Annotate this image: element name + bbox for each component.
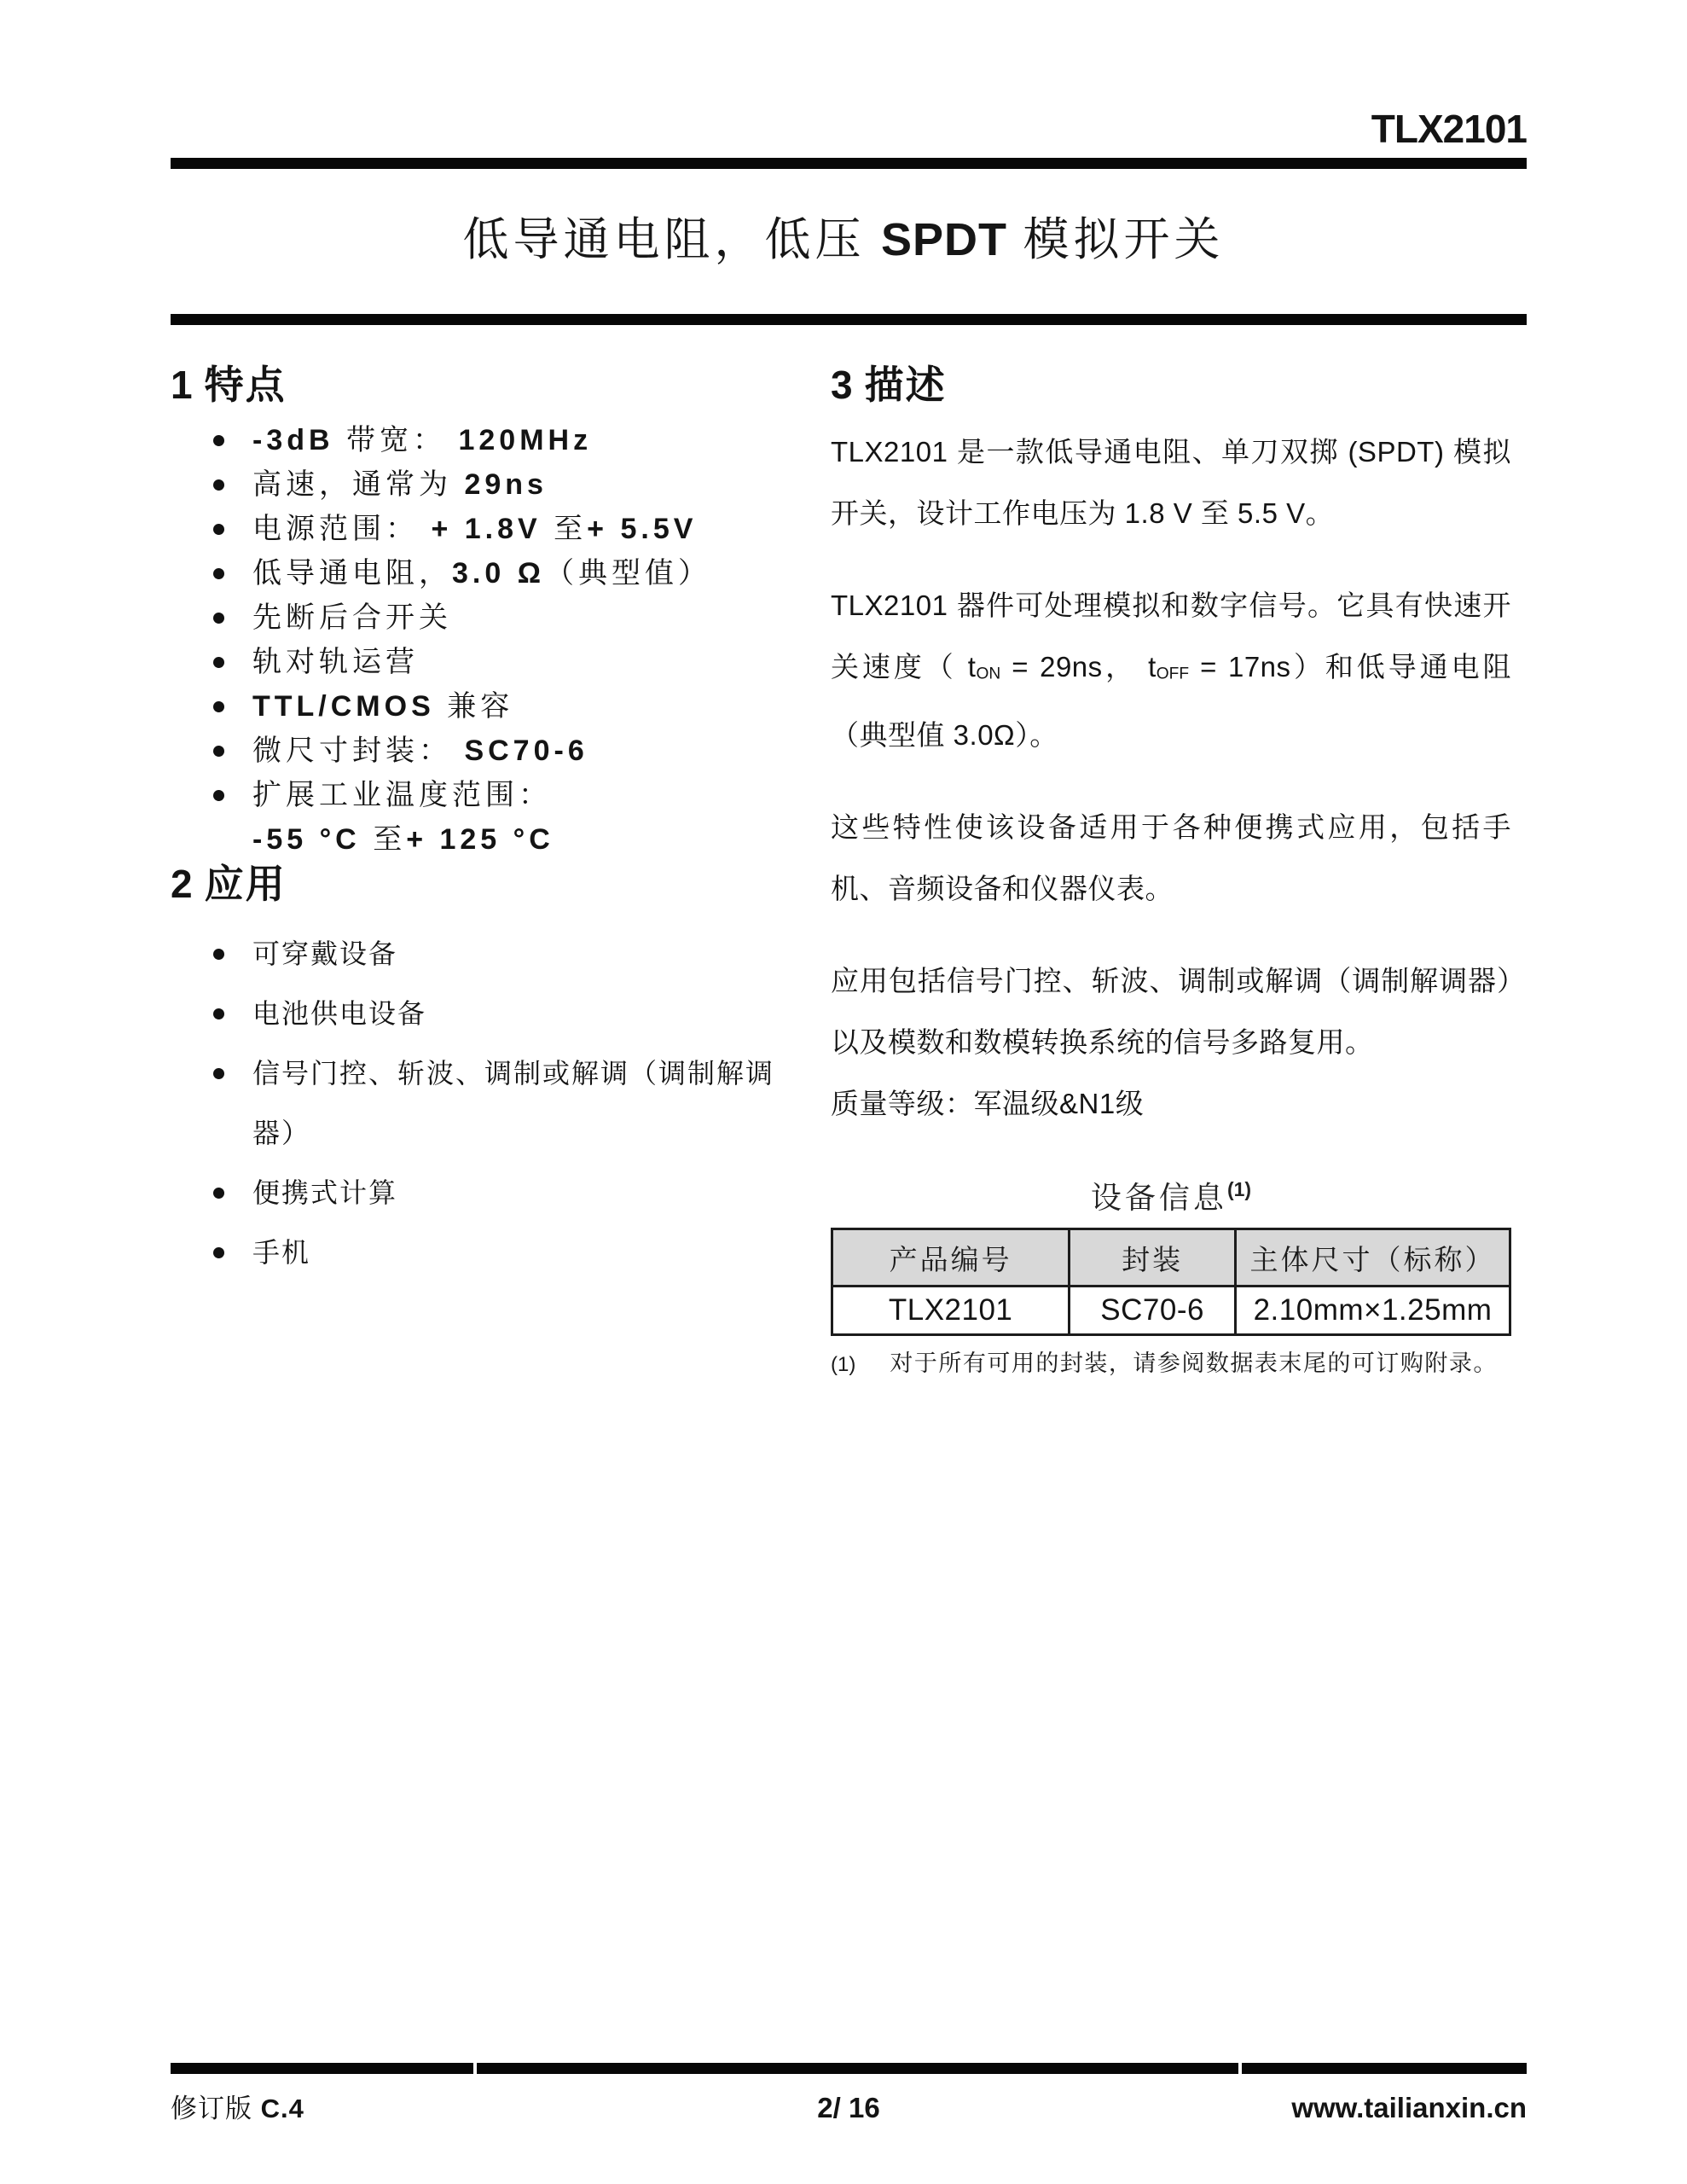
list-item: TTL/CMOS 兼容 [252,684,781,729]
text-segment: 模拟开关 [1007,214,1225,265]
text-segment: + 1.8V [431,513,554,545]
text-segment: -3dB [252,424,334,456]
text-segment: 先断后合开关 [252,601,452,634]
list-item: 低导通电阻，3.0 Ω（典型值） [252,551,781,595]
text-segment: SC70-6 [464,735,588,767]
text-segment: 可穿戴设备 [252,938,397,969]
list-item: 便携式计算 [252,1163,781,1223]
website-url: www.tailianxin.cn [880,2092,1527,2124]
text-segment: 低导通电阻， [252,557,452,590]
section-label: 描述 [865,363,947,407]
revision-label: 修订版 C.4 [171,2087,817,2125]
text-segment: 电池供电设备 [252,998,426,1029]
text-segment: + 125 °C [406,823,554,856]
list-item: 可穿戴设备 [252,924,781,984]
text-segment: 修订版 [171,2094,261,2123]
description-paragraph: TLX2101 是一款低导通电阻、单刀双掷 (SPDT) 模拟开关，设计工作电压… [831,421,1511,544]
list-item: 扩展工业温度范围：-55 °C 至+ 125 °C [252,773,781,862]
quality-grade-line: 质量等级：军温级&N1级 [831,1073,1511,1135]
text-segment: = 29ns， t [1000,651,1157,682]
text-segment: OFF [1157,665,1189,682]
section-number: 3 [831,363,853,407]
text-segment: 器） [252,1118,310,1148]
list-item: 高速，通常为 29ns [252,462,781,507]
table-row: TLX2101 SC70-6 2.10mm×1.25mm [832,1287,1510,1335]
section-label: 应用 [205,862,287,906]
text-segment: + 5.5V [587,513,697,545]
page-number: 2/ 16 [817,2092,879,2124]
footer-divider [171,2063,1527,2074]
text-segment: （典型值） [545,557,711,590]
right-column: 3描述 TLX2101 是一款低导通电阻、单刀双掷 (SPDT) 模拟开关，设计… [831,363,1511,1378]
features-heading: 1特点 [171,363,781,408]
text-segment: SPDT [881,214,1007,265]
text-segment: 高速，通常为 [252,468,464,501]
list-item: 电池供电设备 [252,984,781,1043]
text-segment: 低导通电阻，低压 [462,214,881,265]
footnote-text: 对于所有可用的封装，请参阅数据表末尾的可订购附录。 [890,1350,1498,1376]
text-segment: 轨对轨运营 [252,646,419,678]
table-cell: TLX2101 [832,1287,1070,1335]
section-label: 特点 [205,363,287,407]
text-segment: -55 °C [252,823,373,856]
product-number: TLX2101 [171,109,1527,148]
table-header-cell: 封装 [1070,1229,1236,1287]
text-segment: 兼容 [435,690,513,723]
text-segment: 至 [373,823,406,856]
applications-list: 可穿戴设备 电池供电设备 信号门控、斩波、调制或解调（调制解调器） 便携式计算 … [171,924,781,1282]
footer-row: 修订版 C.4 2/ 16 www.tailianxin.cn [171,2087,1527,2125]
table-header-cell: 主体尺寸（标称） [1236,1229,1510,1287]
list-item: -3dB 带宽： 120MHz [252,418,781,462]
text-segment: 至 [554,513,587,545]
caption-text: 设备信息 [1091,1181,1227,1215]
text-segment: 信号门控、斩波、调制或解调（调制解调 [252,1058,774,1089]
text-segment: 扩展工业温度范围： [252,779,552,811]
list-item: 轨对轨运营 [252,640,781,684]
applications-heading: 2应用 [171,862,781,907]
text-segment: ON [976,665,1000,682]
device-info-caption: 设备信息(1) [831,1174,1511,1217]
title-divider [171,314,1527,325]
text-segment: C.4 [261,2094,304,2123]
datasheet-page: TLX2101 低导通电阻，低压 SPDT 模拟开关 1特点 -3dB 带宽： … [0,0,1687,2184]
text-segment: 带宽： [334,424,459,456]
content-columns: 1特点 -3dB 带宽： 120MHz 高速，通常为 29ns 电源范围： + … [171,363,1511,1378]
table-cell: 2.10mm×1.25mm [1236,1287,1510,1335]
section-number: 2 [171,862,193,906]
features-list: -3dB 带宽： 120MHz 高速，通常为 29ns 电源范围： + 1.8V… [171,418,781,862]
list-item: 手机 [252,1223,781,1282]
section-number: 1 [171,363,193,407]
text-segment: 便携式计算 [252,1177,397,1208]
table-cell: SC70-6 [1070,1287,1236,1335]
text-segment: 29ns [464,468,548,501]
text-segment: 3.0 Ω [452,557,545,590]
list-item: 信号门控、斩波、调制或解调（调制解调器） [252,1043,781,1163]
description-paragraph: 应用包括信号门控、斩波、调制或解调（调制解调器）以及模数和数模转换系统的信号多路… [831,950,1511,1073]
table-header-cell: 产品编号 [832,1229,1070,1287]
text-segment: 微尺寸封装： [252,735,464,767]
footnote-marker: (1) [831,1353,855,1376]
list-item: 电源范围： + 1.8V 至+ 5.5V [252,507,781,551]
left-column: 1特点 -3dB 带宽： 120MHz 高速，通常为 29ns 电源范围： + … [171,363,781,1282]
text-segment: 手机 [252,1237,310,1268]
text-segment: TTL/CMOS [252,690,435,723]
document-title: 低导通电阻，低压 SPDT 模拟开关 [0,213,1687,266]
list-item: 先断后合开关 [252,595,781,640]
text-segment: 电源范围： [252,513,431,545]
text-segment: 120MHz [458,424,592,456]
header-divider [171,158,1527,169]
description-paragraph: 这些特性使该设备适用于各种便携式应用，包括手机、音频设备和仪器仪表。 [831,797,1511,920]
page-footer: 修订版 C.4 2/ 16 www.tailianxin.cn [171,2063,1527,2125]
table-footnote: (1)对于所有可用的封装，请参阅数据表末尾的可订购附录。 [831,1345,1511,1378]
table-header-row: 产品编号 封装 主体尺寸（标称） [832,1229,1510,1287]
caption-footnote-ref: (1) [1227,1178,1251,1200]
description-heading: 3描述 [831,363,1511,408]
device-info-table: 产品编号 封装 主体尺寸（标称） TLX2101 SC70-6 2.10mm×1… [831,1228,1511,1336]
divider-segment [171,2063,473,2074]
divider-segment [1242,2063,1527,2074]
description-paragraph: TLX2101 器件可处理模拟和数字信号。它具有快速开关速度（ tON = 29… [831,575,1511,766]
divider-segment [477,2063,1239,2074]
list-item: 微尺寸封装： SC70-6 [252,729,781,773]
